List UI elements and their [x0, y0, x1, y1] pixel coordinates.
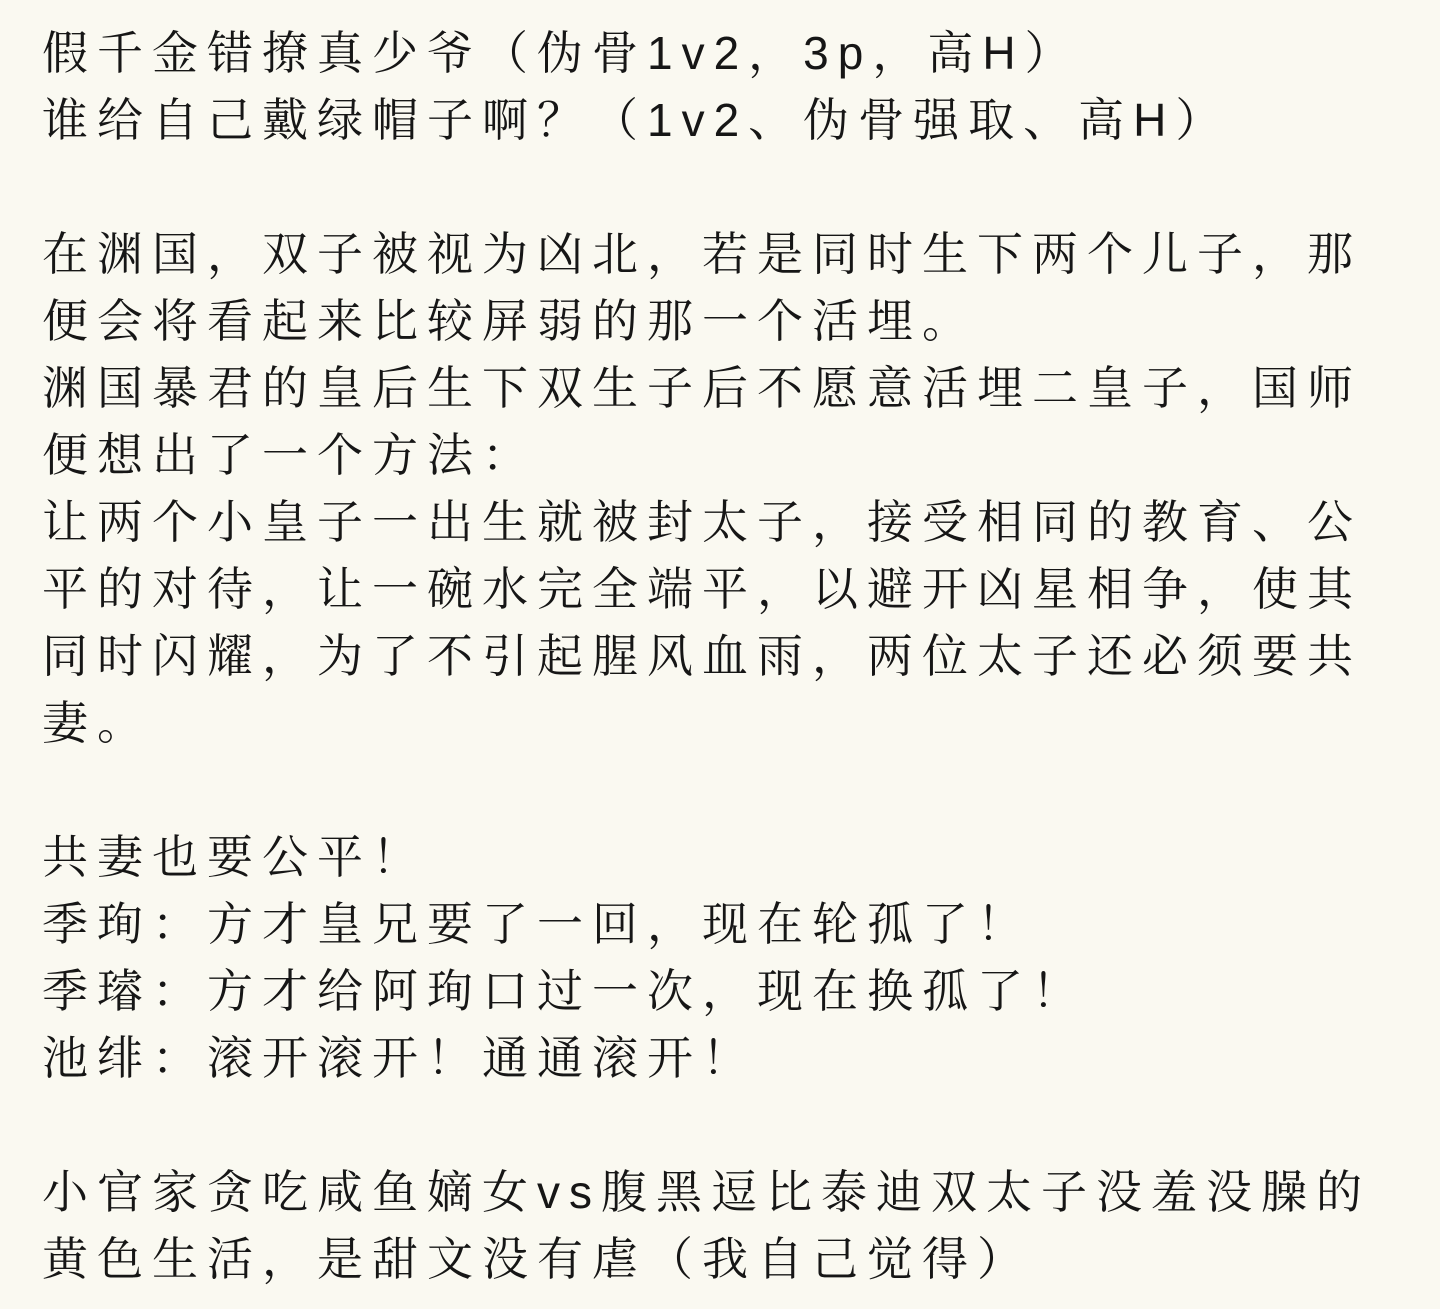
text-line: 共妻也要公平！ [42, 824, 1410, 891]
document-page: 假千金错撩真少爷（伪骨1v2，3p，高H）谁给自己戴绿帽子啊？（1v2、伪骨强取… [0, 0, 1440, 1309]
paragraph: 在渊国，双子被视为凶北，若是同时生下两个儿子，那便会将看起来比较屏弱的那一个活埋… [42, 221, 1410, 757]
text-line: 黄色生活，是甜文没有虐（我自己觉得） [42, 1226, 1410, 1293]
text-line: 季璿：方才给阿珣口过一次，现在换孤了！ [42, 958, 1410, 1025]
text-line: 假千金错撩真少爷（伪骨1v2，3p，高H） [42, 20, 1410, 87]
text-line: 小官家贪吃咸鱼嫡女vs腹黑逗比泰迪双太子没羞没臊的 [42, 1159, 1410, 1226]
text-line: 妻。 [42, 690, 1410, 757]
text-line: 让两个小皇子一出生就被封太子，接受相同的教育、公 [42, 489, 1410, 556]
text-line: 便想出了一个方法： [42, 422, 1410, 489]
paragraph: 小官家贪吃咸鱼嫡女vs腹黑逗比泰迪双太子没羞没臊的黄色生活，是甜文没有虐（我自己… [42, 1159, 1410, 1293]
text-line: 在渊国，双子被视为凶北，若是同时生下两个儿子，那 [42, 221, 1410, 288]
text-line: 平的对待，让一碗水完全端平，以避开凶星相争，使其 [42, 556, 1410, 623]
document-body: 假千金错撩真少爷（伪骨1v2，3p，高H）谁给自己戴绿帽子啊？（1v2、伪骨强取… [42, 20, 1410, 1293]
paragraph: 共妻也要公平！季珣：方才皇兄要了一回，现在轮孤了！季璿：方才给阿珣口过一次，现在… [42, 824, 1410, 1092]
text-line: 谁给自己戴绿帽子啊？（1v2、伪骨强取、高H） [42, 87, 1410, 154]
text-line: 季珣：方才皇兄要了一回，现在轮孤了！ [42, 891, 1410, 958]
text-line: 渊国暴君的皇后生下双生子后不愿意活埋二皇子，国师 [42, 355, 1410, 422]
text-line: 便会将看起来比较屏弱的那一个活埋。 [42, 288, 1410, 355]
text-line: 同时闪耀，为了不引起腥风血雨，两位太子还必须要共 [42, 623, 1410, 690]
text-line: 池绯：滚开滚开！通通滚开！ [42, 1025, 1410, 1092]
paragraph: 假千金错撩真少爷（伪骨1v2，3p，高H）谁给自己戴绿帽子啊？（1v2、伪骨强取… [42, 20, 1410, 154]
